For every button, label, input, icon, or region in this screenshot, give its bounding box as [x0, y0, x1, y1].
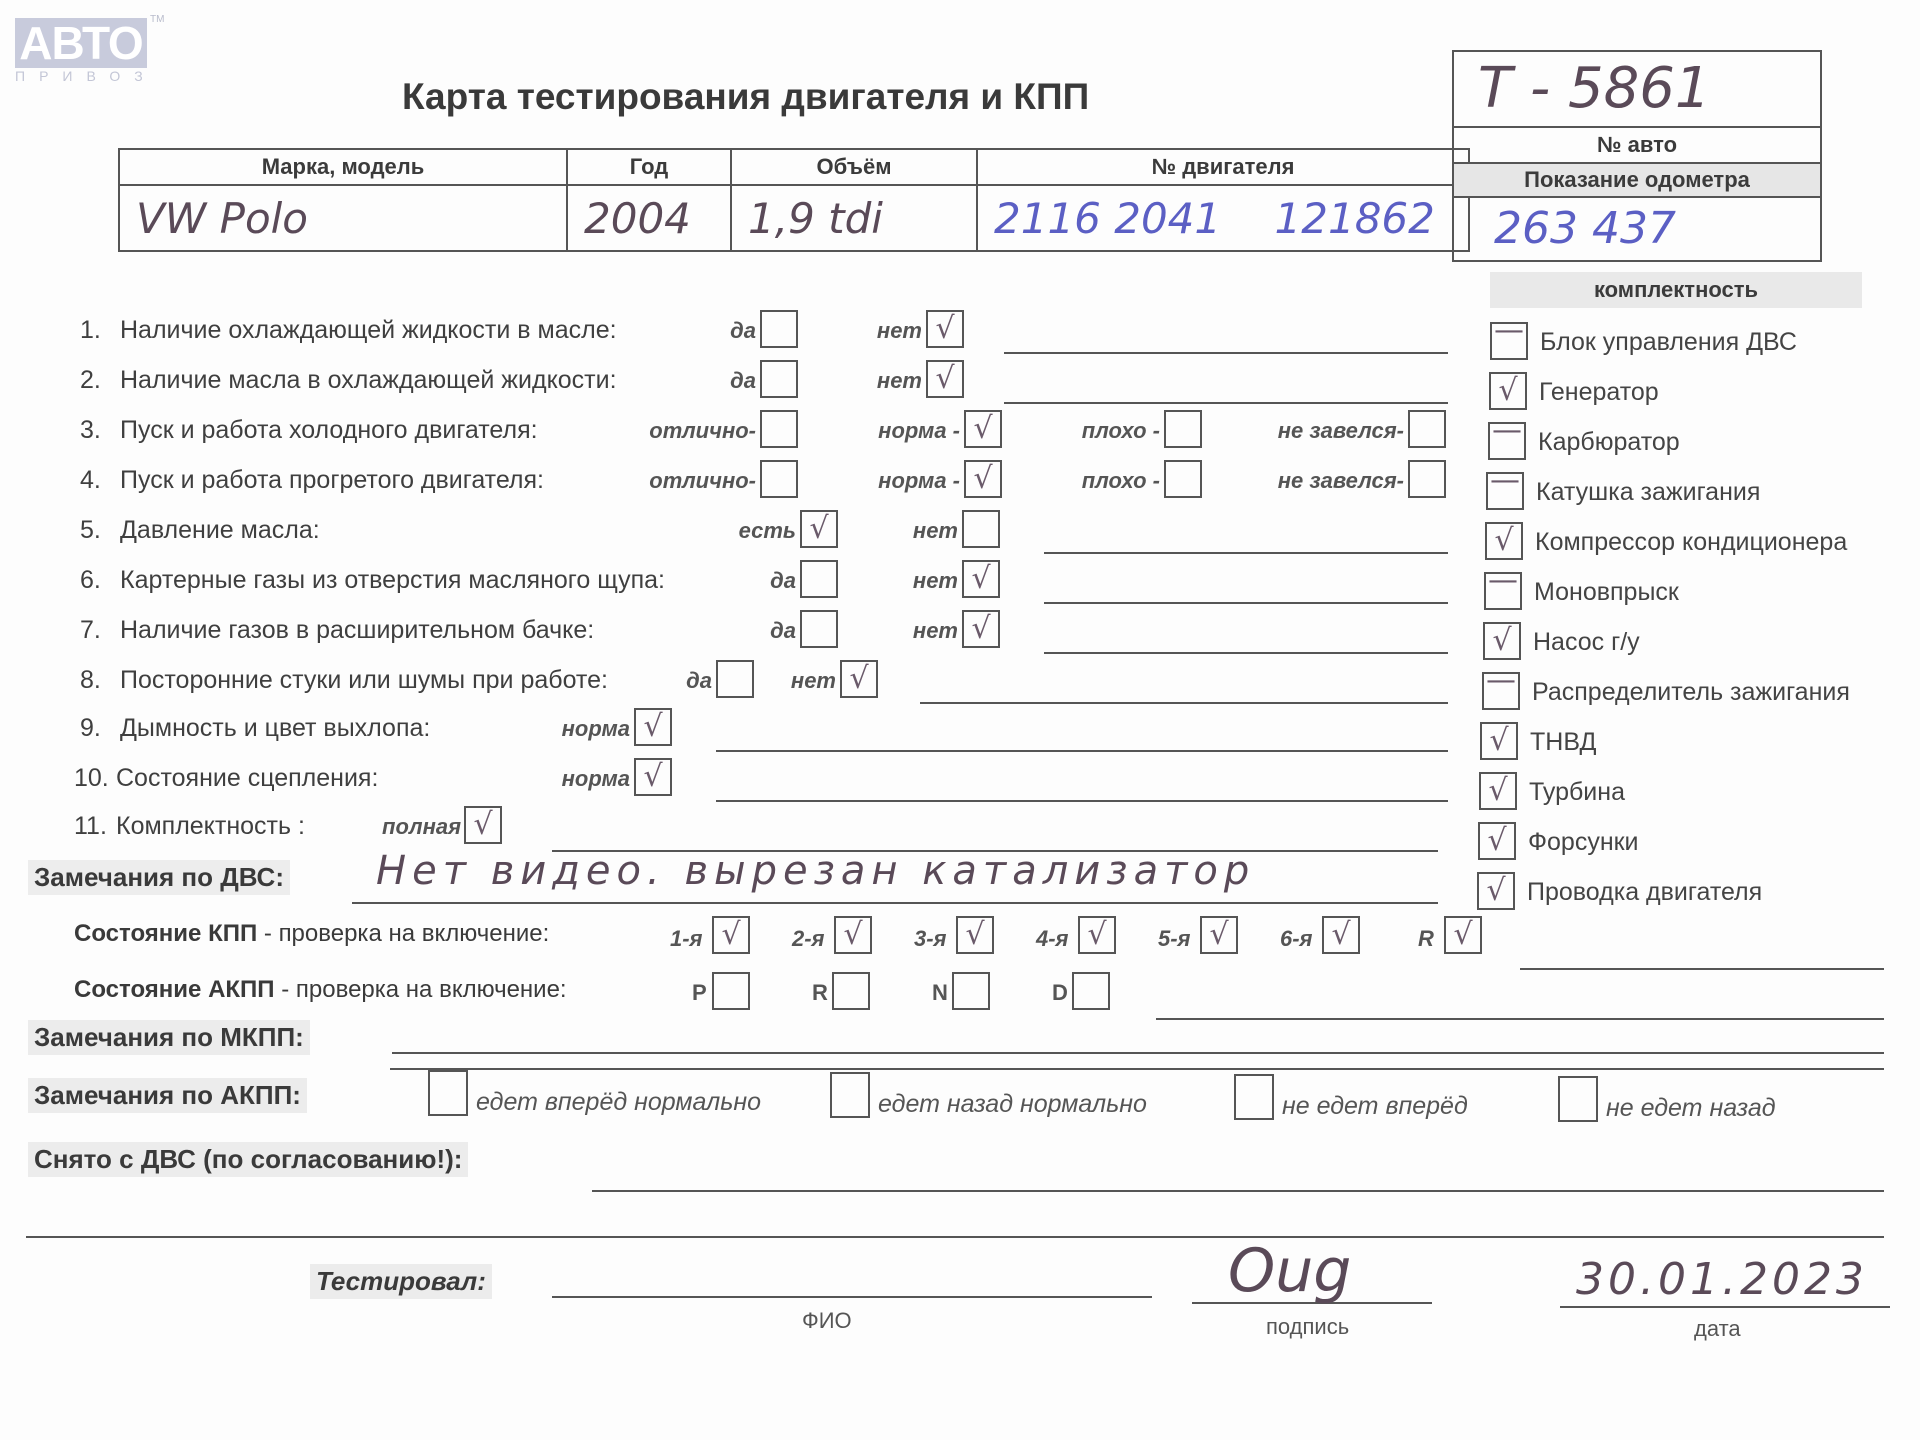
removed-from-engine-label: Снято с ДВС (по согласованию!): — [28, 1142, 468, 1177]
check-mark-icon: √ — [1488, 773, 1507, 808]
gear-checkbox[interactable]: √ — [1322, 916, 1360, 954]
dash-mark-icon: — — [1490, 463, 1520, 498]
date-field[interactable]: 30.01.2023 — [1576, 1254, 1868, 1305]
option-label: отлично- — [640, 468, 756, 494]
option-checkbox[interactable] — [1408, 410, 1446, 448]
completeness-item-label: Турбина — [1529, 778, 1625, 807]
gear-position-label: N — [932, 980, 948, 1006]
engine-remarks-label: Замечания по ДВС: — [28, 860, 290, 895]
option-label: плохо - — [1070, 418, 1160, 444]
question-notes-field[interactable] — [1004, 352, 1448, 354]
option-label: не завелся- — [1260, 468, 1404, 494]
check-mark-icon: √ — [973, 461, 992, 496]
engine-remarks-underline — [352, 902, 1438, 904]
engine-number-field[interactable]: 2116 2041 121862 — [977, 185, 1469, 251]
check-mark-icon: √ — [971, 561, 990, 596]
completeness-item-label: Моновпрыск — [1534, 578, 1679, 607]
odometer-label: Показание одометра — [1454, 164, 1820, 198]
option-label: нет — [904, 568, 958, 594]
option-label: отлично- — [640, 418, 756, 444]
completeness-item-label: Насос г/у — [1533, 628, 1640, 657]
completeness-checkbox[interactable]: √ — [1483, 622, 1521, 660]
tested-by-label: Тестировал: — [310, 1264, 492, 1299]
check-mark-icon: √ — [849, 661, 868, 696]
column-header-make-model: Марка, модель — [119, 149, 567, 185]
logo-trademark: TM — [150, 14, 164, 25]
check-mark-icon: √ — [965, 917, 984, 952]
question-text: Картерные газы из отверстия масляного щу… — [120, 566, 665, 595]
completeness-item-label: Карбюратор — [1538, 428, 1680, 457]
column-header-year: Год — [567, 149, 731, 185]
completeness-checkbox[interactable]: — — [1486, 472, 1524, 510]
gear-position-label: P — [692, 980, 707, 1006]
option-checkbox[interactable] — [760, 360, 798, 398]
completeness-item-label: Блок управления ДВС — [1540, 328, 1797, 357]
option-label: да — [766, 618, 796, 644]
option-label: норма - — [866, 418, 960, 444]
gear-label: 2-я — [792, 926, 825, 952]
check-mark-icon: √ — [643, 709, 662, 744]
option-checkbox[interactable] — [1408, 460, 1446, 498]
check-mark-icon: √ — [809, 511, 828, 546]
manual-gearbox-label-rest: - проверка на включение: — [257, 920, 549, 947]
option-checkbox[interactable]: √ — [464, 806, 502, 844]
mkpp-remarks-label: Замечания по МКПП: — [28, 1020, 310, 1055]
check-mark-icon: √ — [843, 917, 862, 952]
akpp-remark-label: не едет вперёд — [1282, 1092, 1468, 1121]
gear-label: 4-я — [1036, 926, 1069, 952]
akpp-remark-label: едет назад нормально — [878, 1090, 1147, 1119]
gear-label: R — [1418, 926, 1434, 952]
mkpp-remarks-field[interactable] — [392, 1052, 1884, 1054]
option-label: да — [766, 568, 796, 594]
auto-gearbox-label: Состояние АКПП - проверка на включение: — [74, 976, 567, 1004]
option-checkbox[interactable]: √ — [964, 410, 1002, 448]
completeness-checkbox[interactable]: √ — [1480, 722, 1518, 760]
question-text: Состояние сцепления: — [116, 764, 378, 793]
question-text: Посторонние стуки или шумы при работе: — [120, 666, 608, 695]
question-notes-field[interactable] — [920, 702, 1448, 704]
check-mark-icon: √ — [973, 411, 992, 446]
option-label: норма — [554, 716, 630, 742]
completeness-checkbox[interactable]: √ — [1477, 872, 1515, 910]
check-mark-icon: √ — [935, 311, 954, 346]
column-header-volume: Объём — [731, 149, 977, 185]
page-title: Карта тестирования двигателя и КПП — [402, 76, 1089, 118]
dash-mark-icon: — — [1494, 313, 1524, 348]
question-text: Наличие газов в расширительном бачке: — [120, 616, 594, 645]
signature-caption: подпись — [1266, 1314, 1349, 1340]
option-checkbox[interactable] — [800, 610, 838, 648]
logo: АВТО — [15, 18, 147, 68]
check-mark-icon: √ — [643, 759, 662, 794]
completeness-item-label: Компрессор кондиционера — [1535, 528, 1847, 557]
akpp-remark-checkbox[interactable] — [830, 1072, 870, 1118]
odometer-field[interactable]: 263 437 — [1454, 198, 1820, 260]
check-mark-icon: √ — [935, 361, 954, 396]
akpp-remark-label: едет вперёд нормально — [476, 1088, 761, 1117]
completeness-checkbox[interactable]: √ — [1485, 522, 1523, 560]
option-checkbox[interactable] — [962, 510, 1000, 548]
manual-gearbox-label: Состояние КПП - проверка на включение: — [74, 920, 549, 948]
signature: Oug — [1228, 1236, 1351, 1306]
gear-label: 1-я — [670, 926, 703, 952]
fio-caption: ФИО — [802, 1308, 852, 1334]
option-label: норма - — [866, 468, 960, 494]
option-checkbox[interactable]: √ — [926, 310, 964, 348]
car-info-box: T - 5861 № авто Показание одометра 263 4… — [1452, 50, 1822, 262]
question-number: 4. — [80, 466, 101, 495]
dash-mark-icon: — — [1488, 563, 1518, 598]
check-mark-icon: √ — [1331, 917, 1350, 952]
question-notes-field[interactable] — [1044, 652, 1448, 654]
completeness-item-label: Проводка двигателя — [1527, 878, 1762, 907]
date-field-underline — [1560, 1306, 1890, 1308]
question-text: Наличие масла в охлаждающей жидкости: — [120, 366, 617, 395]
question-notes-field[interactable] — [1044, 602, 1448, 604]
question-number: 5. — [80, 516, 101, 545]
akpp-remark-checkbox[interactable] — [428, 1070, 468, 1116]
option-checkbox[interactable] — [1164, 460, 1202, 498]
option-checkbox[interactable] — [1164, 410, 1202, 448]
question-notes-field[interactable] — [716, 750, 1448, 752]
car-number-label: № авто — [1454, 128, 1820, 164]
option-checkbox[interactable]: √ — [634, 758, 672, 796]
option-label: да — [700, 318, 756, 344]
completeness-underline — [552, 850, 1438, 852]
akpp-remark-checkbox[interactable] — [1558, 1076, 1598, 1122]
manual-gearbox-label-bold: Состояние КПП — [74, 920, 257, 947]
gear-position-checkbox[interactable] — [832, 972, 870, 1010]
completeness-item-label: Форсунки — [1528, 828, 1639, 857]
option-checkbox[interactable]: √ — [926, 360, 964, 398]
akpp-remarks-label: Замечания по АКПП: — [28, 1078, 307, 1113]
question-number: 9. — [80, 714, 101, 743]
check-mark-icon: √ — [1498, 373, 1517, 408]
removed-from-engine-field[interactable] — [592, 1190, 1884, 1192]
option-label: нет — [866, 318, 922, 344]
gear-label: 5-я — [1158, 926, 1191, 952]
gear-position-label: R — [812, 980, 828, 1006]
completeness-item-label: Катушка зажигания — [1536, 478, 1760, 507]
question-text: Комплектность : — [116, 812, 305, 841]
completeness-checkbox[interactable]: √ — [1478, 822, 1516, 860]
check-mark-icon: √ — [721, 917, 740, 952]
auto-gearbox-underline — [1156, 1018, 1884, 1020]
option-checkbox[interactable]: √ — [962, 560, 1000, 598]
gear-label: 6-я — [1280, 926, 1313, 952]
completeness-item-label: Распределитель зажигания — [1532, 678, 1850, 707]
question-text: Пуск и работа холодного двигателя: — [120, 416, 538, 445]
option-checkbox[interactable]: √ — [800, 510, 838, 548]
car-number-field[interactable]: T - 5861 — [1454, 52, 1820, 128]
check-mark-icon: √ — [1489, 723, 1508, 758]
tester-name-field[interactable] — [552, 1296, 1152, 1298]
option-label: плохо - — [1070, 468, 1160, 494]
question-number: 8. — [80, 666, 101, 695]
gear-checkbox[interactable]: √ — [956, 916, 994, 954]
question-number: 11. — [74, 812, 107, 841]
volume-field[interactable]: 1,9 tdi — [731, 185, 977, 251]
gear-checkbox[interactable]: √ — [1078, 916, 1116, 954]
vehicle-info-table: Марка, модель Год Объём № двигателя VW P… — [118, 148, 1470, 252]
akpp-remark-label: не едет назад — [1606, 1094, 1776, 1123]
gear-checkbox[interactable]: √ — [1200, 916, 1238, 954]
logo-subtitle: ПРИВОЗ — [15, 68, 157, 84]
option-checkbox[interactable]: √ — [962, 610, 1000, 648]
option-checkbox[interactable] — [716, 660, 754, 698]
check-mark-icon: √ — [1486, 873, 1505, 908]
check-mark-icon: √ — [1087, 917, 1106, 952]
date-caption: дата — [1694, 1316, 1741, 1342]
option-label: есть — [730, 518, 796, 544]
option-label: нет — [904, 618, 958, 644]
completeness-heading: комплектность — [1490, 272, 1862, 308]
option-label: полная — [382, 814, 460, 840]
make-model-field[interactable]: VW Polo — [119, 185, 567, 251]
gear-position-checkbox[interactable] — [1072, 972, 1110, 1010]
gear-checkbox[interactable]: √ — [834, 916, 872, 954]
option-label: нет — [866, 368, 922, 394]
dash-mark-icon: — — [1492, 413, 1522, 448]
option-label: да — [686, 668, 712, 694]
auto-gearbox-label-rest: - проверка на включение: — [275, 976, 567, 1003]
completeness-item-label: Генератор — [1539, 378, 1659, 407]
question-number: 6. — [80, 566, 101, 595]
gear-checkbox[interactable]: √ — [712, 916, 750, 954]
option-checkbox[interactable]: √ — [964, 460, 1002, 498]
option-checkbox[interactable] — [760, 310, 798, 348]
check-mark-icon: √ — [971, 611, 990, 646]
gear-position-checkbox[interactable] — [952, 972, 990, 1010]
option-checkbox[interactable] — [800, 560, 838, 598]
question-notes-field[interactable] — [1004, 402, 1448, 404]
completeness-checkbox[interactable]: — — [1482, 672, 1520, 710]
akpp-remarks-topline — [390, 1068, 1884, 1070]
column-header-engine-number: № двигателя — [977, 149, 1469, 185]
option-label: нет — [782, 668, 836, 694]
gear-label: 3-я — [914, 926, 947, 952]
dash-mark-icon: — — [1486, 663, 1516, 698]
question-text: Дымность и цвет выхлопа: — [120, 714, 430, 743]
question-text: Давление масла: — [120, 516, 320, 545]
option-label: норма — [554, 766, 630, 792]
gear-checkbox[interactable]: √ — [1444, 916, 1482, 954]
check-mark-icon: √ — [1492, 623, 1511, 658]
akpp-remark-checkbox[interactable] — [1234, 1074, 1274, 1120]
question-number: 10. — [74, 764, 109, 793]
auto-gearbox-label-bold: Состояние АКПП — [74, 976, 275, 1003]
option-label: не завелся- — [1260, 418, 1404, 444]
completeness-item-label: ТНВД — [1530, 728, 1596, 757]
check-mark-icon: √ — [473, 807, 492, 842]
gear-position-checkbox[interactable] — [712, 972, 750, 1010]
question-number: 3. — [80, 416, 101, 445]
question-number: 1. — [80, 316, 101, 345]
engine-remarks-field[interactable]: Нет видео. вырезан катализатор — [376, 848, 1255, 894]
question-number: 7. — [80, 616, 101, 645]
option-checkbox[interactable] — [760, 460, 798, 498]
check-mark-icon: √ — [1487, 823, 1506, 858]
completeness-checkbox[interactable]: — — [1484, 572, 1522, 610]
check-mark-icon: √ — [1494, 523, 1513, 558]
check-mark-icon: √ — [1209, 917, 1228, 952]
option-label: да — [700, 368, 756, 394]
question-notes-field[interactable] — [1044, 552, 1448, 554]
question-number: 2. — [80, 366, 101, 395]
extra-remarks-line[interactable] — [26, 1236, 1884, 1238]
question-notes-field[interactable] — [716, 800, 1448, 802]
completeness-checkbox[interactable]: √ — [1489, 372, 1527, 410]
check-mark-icon: √ — [1453, 917, 1472, 952]
completeness-checkbox[interactable]: — — [1490, 322, 1528, 360]
question-text: Наличие охлаждающей жидкости в масле: — [120, 316, 617, 345]
option-checkbox[interactable]: √ — [634, 708, 672, 746]
option-label: нет — [906, 518, 958, 544]
option-checkbox[interactable]: √ — [840, 660, 878, 698]
year-field[interactable]: 2004 — [567, 185, 731, 251]
option-checkbox[interactable] — [760, 410, 798, 448]
manual-gearbox-underline — [1520, 968, 1884, 970]
completeness-checkbox[interactable]: — — [1488, 422, 1526, 460]
question-text: Пуск и работа прогретого двигателя: — [120, 466, 544, 495]
gear-position-label: D — [1052, 980, 1068, 1006]
completeness-checkbox[interactable]: √ — [1479, 772, 1517, 810]
